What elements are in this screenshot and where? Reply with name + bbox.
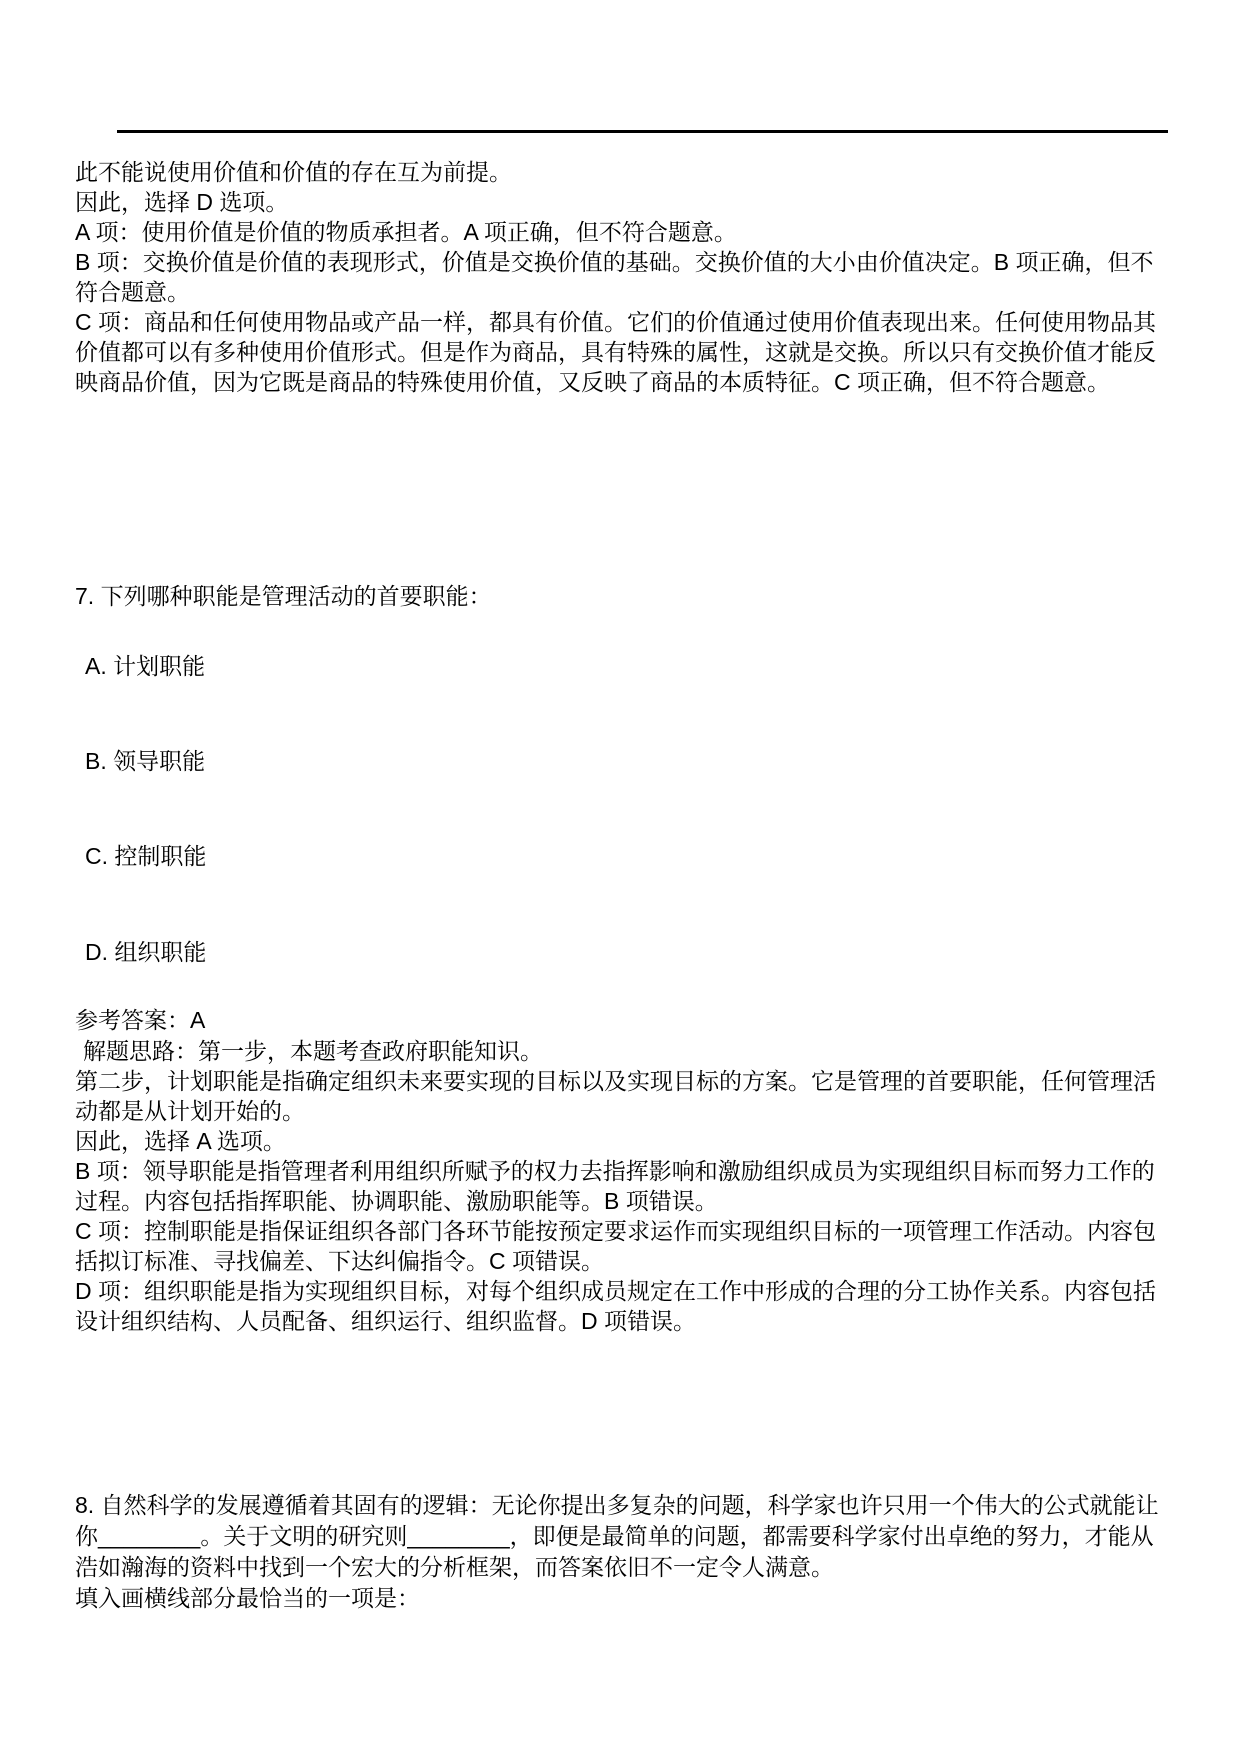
explanation-line: 因此，选择 D 选项。 [75,187,1170,217]
question7-stem: 7. 下列哪种职能是管理活动的首要职能： [75,581,1170,611]
analysis-line-step2: 第二步，计划职能是指确定组织未来要实现的目标以及实现目标的方案。它是管理的首要职… [75,1066,1170,1126]
question8-stem: 8. 自然科学的发展遵循着其固有的逻辑：无论你提出多复杂的问题，科学家也许只用一… [75,1490,1175,1583]
question7-analysis: 解题思路：第一步，本题考查政府职能知识。 第二步，计划职能是指确定组织未来要实现… [75,1036,1170,1336]
question7-reference-answer: 参考答案：A [75,1005,1170,1035]
explanation-line-option-c: C 项：商品和任何使用物品或产品一样，都具有价值。它们的价值通过使用价值表现出来… [75,307,1170,397]
question8-prompt: 填入画横线部分最恰当的一项是： [75,1583,1175,1614]
question7-option-a: A. 计划职能 [85,651,1085,681]
explanation-line-option-a: A 项：使用价值是价值的物质承担者。A 项正确，但不符合题意。 [75,217,1170,247]
analysis-line-conclusion: 因此，选择 A 选项。 [75,1126,1170,1156]
analysis-line-option-b: B 项：领导职能是指管理者利用组织所赋予的权力去指挥影响和激励组织成员为实现组织… [75,1156,1170,1216]
explanation-line: 此不能说使用价值和价值的存在互为前提。 [75,157,1170,187]
section-divider-line [117,130,1168,133]
question7-option-b: B. 领导职能 [85,746,1085,776]
analysis-line-approach: 解题思路：第一步，本题考查政府职能知识。 [75,1036,1170,1066]
question7-option-d: D. 组织职能 [85,937,1085,967]
question8: 8. 自然科学的发展遵循着其固有的逻辑：无论你提出多复杂的问题，科学家也许只用一… [75,1490,1175,1614]
analysis-line-option-c: C 项：控制职能是指保证组织各部门各环节能按预定要求运作而实现组织目标的一项管理… [75,1216,1170,1276]
question7-option-c: C. 控制职能 [85,841,1085,871]
analysis-line-option-d: D 项：组织职能是指为实现组织目标，对每个组织成员规定在工作中形成的合理的分工协… [75,1276,1170,1336]
document-page: 此不能说使用价值和价值的存在互为前提。 因此，选择 D 选项。 A 项：使用价值… [0,0,1240,1753]
explanation-line-option-b: B 项：交换价值是价值的表现形式，价值是交换价值的基础。交换价值的大小由价值决定… [75,247,1170,307]
previous-answer-explanation: 此不能说使用价值和价值的存在互为前提。 因此，选择 D 选项。 A 项：使用价值… [75,157,1170,397]
